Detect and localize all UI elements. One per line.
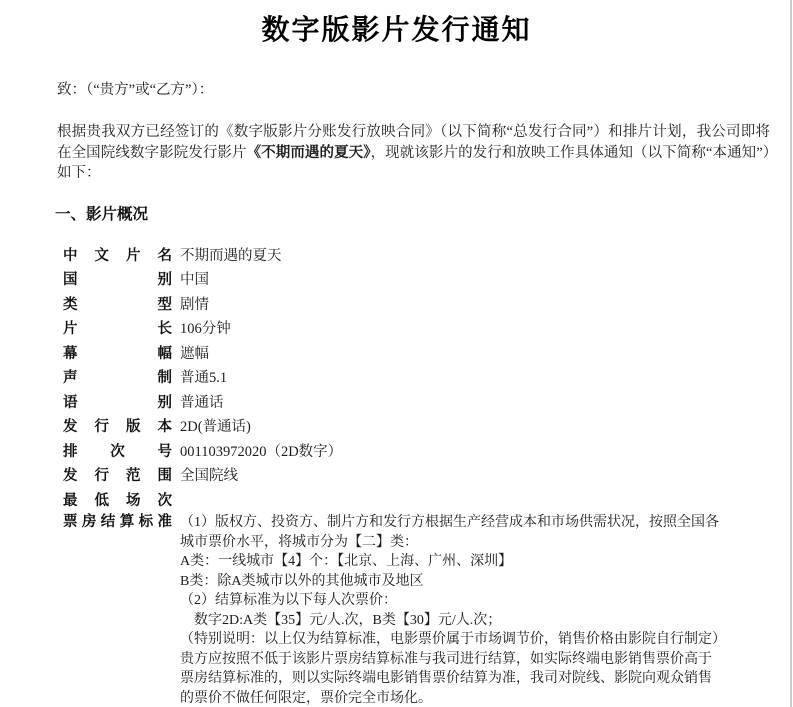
- info-label: 语别: [63, 391, 172, 416]
- info-label: 国别: [63, 268, 172, 293]
- info-label: 排次号: [63, 440, 172, 465]
- film-info-list: 中文片名不期而遇的夏天 国别中国 类型剧情 片长106分钟 幕幅遮幅 声制普通5…: [63, 244, 793, 707]
- info-row: 发行版本2D(普通话): [63, 415, 793, 440]
- settlement-line: （特别说明：以上仅为结算标准，电影票价属于市场调节价，销售价格由影院自行制定）: [180, 630, 726, 650]
- film-title-bold: 《不期而遇的夏天》: [247, 145, 371, 161]
- settlement-line: A类：一线城市【4】个：【北京、上海、广州、深圳】: [180, 552, 726, 572]
- document-page: 数字版影片发行通知 致：（“贵方”或“乙方”）： 根据贵我双方已经签订的《数字版…: [0, 0, 793, 707]
- info-row: 排次号001103972020（2D数字）: [63, 440, 793, 465]
- info-row: 最低场次: [63, 489, 793, 514]
- document-title: 数字版影片发行通知: [0, 0, 793, 47]
- settlement-line: 城市票价水平，将城市分为【二】类：: [180, 533, 726, 553]
- info-label: 幕幅: [63, 342, 172, 367]
- info-row: 片长106分钟: [63, 317, 793, 342]
- info-row: 中文片名不期而遇的夏天: [63, 244, 793, 269]
- info-row: 声制普通5.1: [63, 366, 793, 391]
- info-value: 剧情: [180, 297, 209, 313]
- settlement-line: 票房结算标准的，则以实际终端电影销售票价结算为准，我司对院线、影院向观众销售: [180, 669, 726, 689]
- settlement-line: 贵方应按照不低于该影片票房结算标准与我司进行结算，如实际终端电影销售票价高于: [180, 650, 726, 670]
- intro-paragraph: 根据贵我双方已经签订的《数字版影片分账发行放映合同》（以下简称“总发行合同”）和…: [57, 122, 770, 184]
- info-row: 幕幅遮幅: [63, 342, 793, 367]
- info-label: 片长: [63, 317, 172, 342]
- info-label: 发行范围: [63, 464, 172, 489]
- info-label: 最低场次: [63, 489, 172, 514]
- info-label: 声制: [63, 366, 172, 391]
- section-heading-film-overview: 一、影片概况: [55, 205, 793, 225]
- settlement-line: B类：除A类城市以外的其他城市及地区: [180, 572, 726, 592]
- info-value: 中国: [180, 272, 209, 288]
- settlement-row: 票房结算标准 （1）版权方、投资方、制片方和发行方根据生产经营成本和市场供需状况…: [63, 513, 793, 707]
- page-edge-line: [790, 0, 792, 707]
- info-row: 发行范围全国院线: [63, 464, 793, 489]
- info-label: 中文片名: [63, 244, 172, 269]
- info-value: 2D(普通话): [180, 419, 251, 435]
- info-row: 国别中国: [63, 268, 793, 293]
- info-row: 类型剧情: [63, 293, 793, 318]
- info-label: 类型: [63, 293, 172, 318]
- info-value: 不期而遇的夏天: [180, 248, 282, 264]
- salutation-line: 致：（“贵方”或“乙方”）：: [57, 80, 793, 100]
- info-value: 001103972020（2D数字）: [180, 444, 342, 460]
- settlement-line: 数字2D:A类【35】元/人.次，B类【30】元/人.次；: [180, 611, 726, 631]
- info-value: 普通话: [180, 395, 224, 411]
- info-value: 106分钟: [180, 321, 231, 337]
- settlement-line: 的票价不做任何限定，票价完全市场化。: [180, 689, 726, 707]
- settlement-label: 票房结算标准: [63, 513, 172, 533]
- settlement-line: （1）版权方、投资方、制片方和发行方根据生产经营成本和市场供需状况，按照全国各: [180, 513, 726, 533]
- info-label: 发行版本: [63, 415, 172, 440]
- info-value: 全国院线: [180, 468, 238, 484]
- settlement-line: （2）结算标准为以下每人次票价：: [180, 591, 726, 611]
- info-value: 普通5.1: [180, 370, 227, 386]
- info-value: 遮幅: [180, 346, 209, 362]
- settlement-lines: （1）版权方、投资方、制片方和发行方根据生产经营成本和市场供需状况，按照全国各 …: [180, 513, 726, 707]
- info-row: 语别普通话: [63, 391, 793, 416]
